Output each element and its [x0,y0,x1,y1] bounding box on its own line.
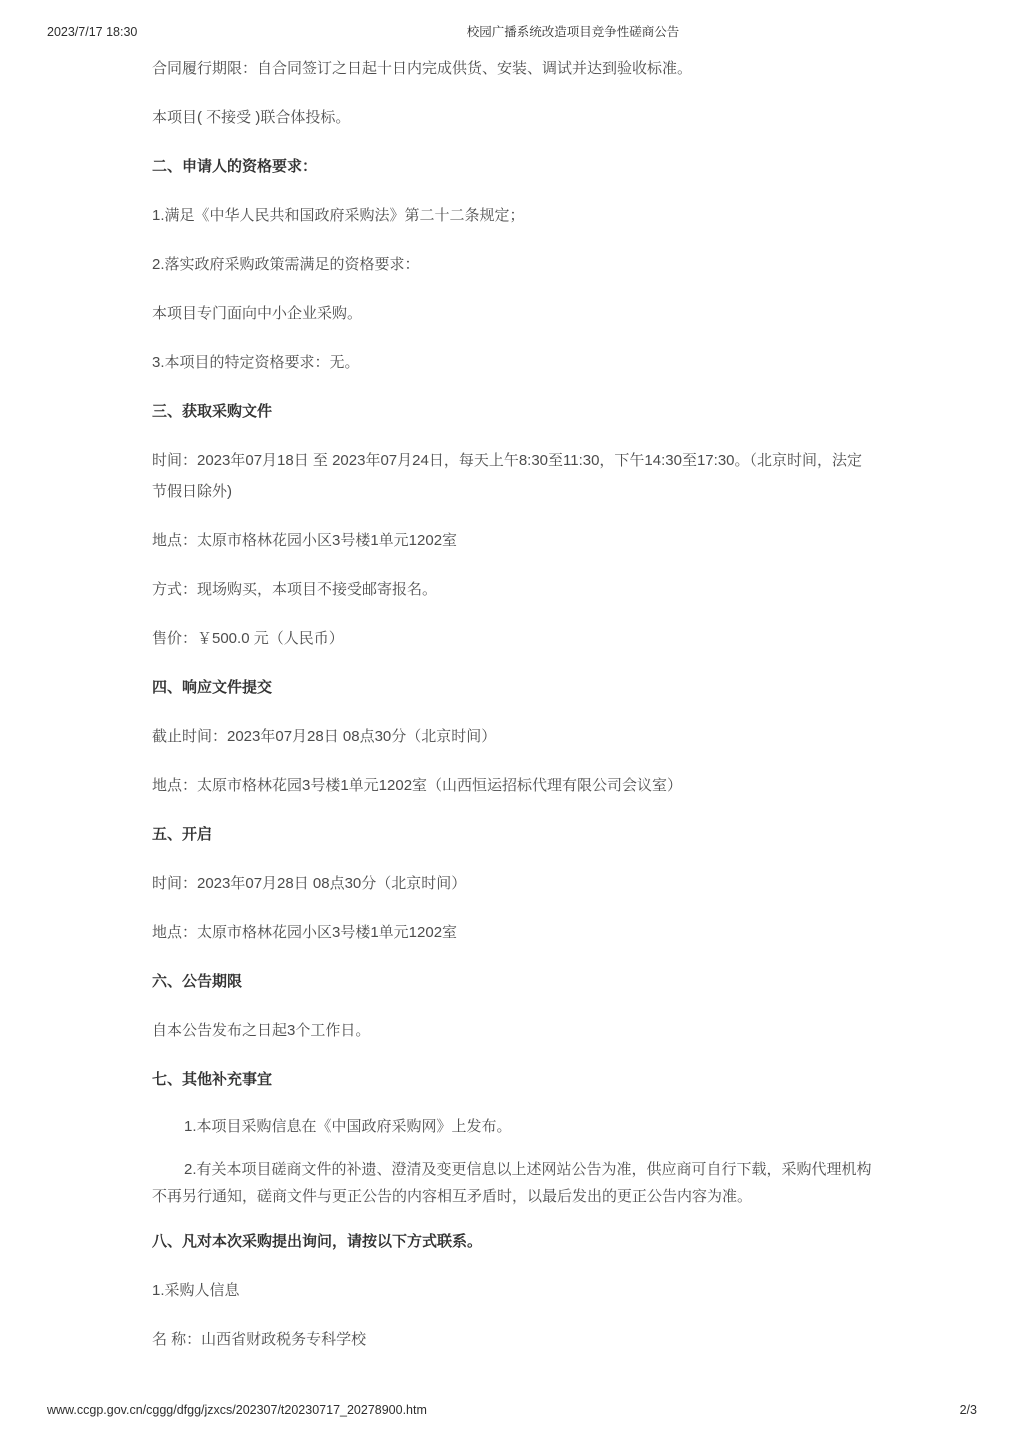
paragraph: 截止时间：2023年07月28日 08点30分（北京时间） [152,721,874,752]
paragraph: 3.本项目的特定资格要求：无。 [152,347,874,378]
paragraph: 地点：太原市格林花园3号楼1单元1202室（山西恒运招标代理有限公司会议室） [152,770,874,801]
paragraph: 地点：太原市格林花园小区3号楼1单元1202室 [152,917,874,948]
paragraph: 合同履行期限：自合同签订之日起十日内完成供货、安装、调试并达到验收标准。 [152,53,874,84]
source-url: www.ccgp.gov.cn/cggg/dfgg/jzxcs/202307/t… [47,1402,427,1418]
paragraph: 名 称：山西省财政税务专科学校 [152,1324,874,1355]
print-footer: www.ccgp.gov.cn/cggg/dfgg/jzxcs/202307/t… [47,1402,977,1418]
print-header: 2023/7/17 18:30 校园广播系统改造项目竞争性磋商公告 [47,24,977,40]
section-heading: 四、响应文件提交 [152,672,874,703]
paragraph: 时间：2023年07月28日 08点30分（北京时间） [152,868,874,899]
section-heading: 二、申请人的资格要求： [152,151,874,182]
section-heading: 六、公告期限 [152,966,874,997]
paragraph: 1.满足《中华人民共和国政府采购法》第二十二条规定； [152,200,874,231]
paragraph: 2.落实政府采购政策需满足的资格要求： [152,249,874,280]
paragraph: 1.本项目采购信息在《中国政府采购网》上发布。 [152,1113,874,1140]
page-indicator: 2/3 [960,1402,977,1418]
document-title: 校园广播系统改造项目竞争性磋商公告 [467,24,680,40]
paragraph: 本项目专门面向中小企业采购。 [152,298,874,329]
print-datetime: 2023/7/17 18:30 [47,24,137,40]
paragraph: 时间：2023年07月18日 至 2023年07月24日，每天上午8:30至11… [152,445,874,507]
paragraph: 售价：￥500.0 元（人民币） [152,623,874,654]
section-heading: 七、其他补充事宜 [152,1064,874,1095]
paragraph: 本项目( 不接受 )联合体投标。 [152,102,874,133]
paragraph: 方式：现场购买，本项目不接受邮寄报名。 [152,574,874,605]
paragraph: 2.有关本项目磋商文件的补遗、澄清及变更信息以上述网站公告为准，供应商可自行下载… [152,1156,874,1210]
section-heading: 三、获取采购文件 [152,396,874,427]
document-body: 合同履行期限：自合同签订之日起十日内完成供货、安装、调试并达到验收标准。本项目(… [152,53,874,1373]
paragraph: 地点：太原市格林花园小区3号楼1单元1202室 [152,525,874,556]
paragraph: 1.采购人信息 [152,1275,874,1306]
paragraph: 自本公告发布之日起3个工作日。 [152,1015,874,1046]
section-heading: 五、开启 [152,819,874,850]
section-heading: 八、凡对本次采购提出询问，请按以下方式联系。 [152,1226,874,1257]
printed-page: 2023/7/17 18:30 校园广播系统改造项目竞争性磋商公告 合同履行期限… [0,0,1024,1448]
